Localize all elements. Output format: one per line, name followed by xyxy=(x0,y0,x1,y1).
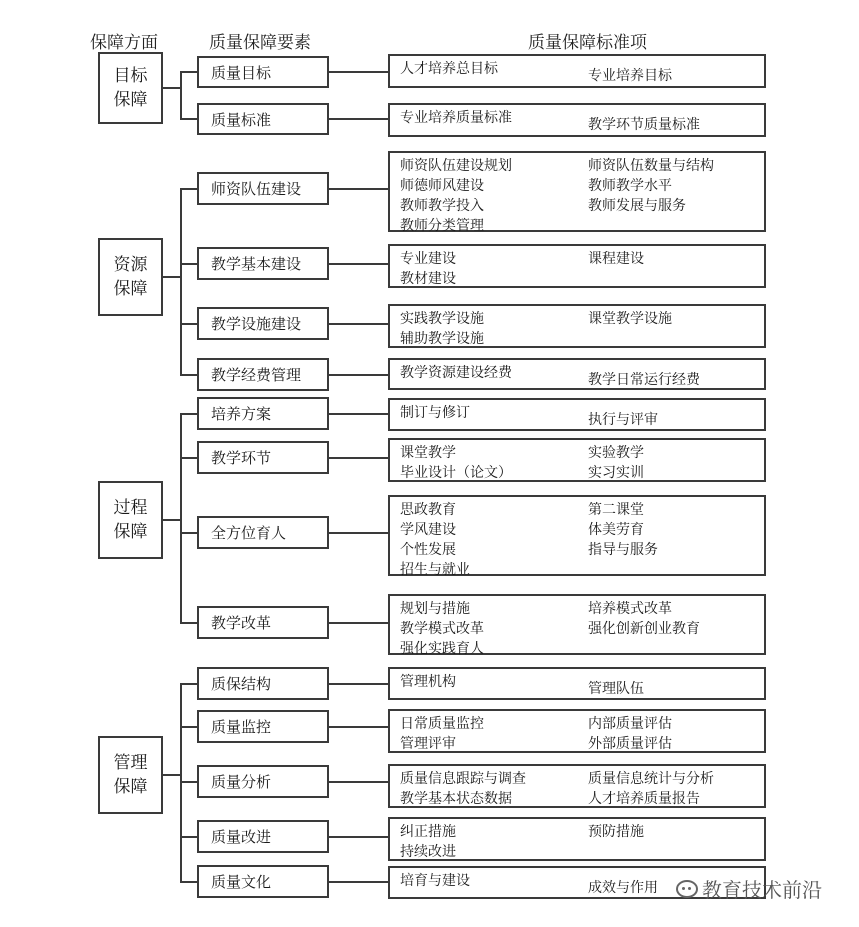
connector-line xyxy=(181,781,197,783)
connector-line xyxy=(329,374,388,376)
connector-line xyxy=(329,683,388,685)
connector-line xyxy=(329,71,388,73)
connector-line xyxy=(181,622,197,624)
connector-line xyxy=(329,622,388,624)
standard-left-column: 实践教学设施辅助教学设施 xyxy=(400,309,484,349)
standard-left-column: 规划与措施教学模式改革强化实践育人 xyxy=(400,599,484,659)
connector-line xyxy=(181,413,197,415)
standard-item: 管理机构 xyxy=(400,672,456,692)
standard-item: 专业培养目标 xyxy=(588,66,672,86)
header-standard: 质量保障标准项 xyxy=(528,28,647,53)
connector-line xyxy=(329,726,388,728)
standard-item: 教材建设 xyxy=(400,269,456,289)
connector-line xyxy=(163,774,181,776)
standard-item: 招生与就业 xyxy=(400,560,470,580)
standard-box: 纠正措施持续改进预防措施 xyxy=(388,817,766,861)
standard-right-column: 课堂教学设施 xyxy=(588,309,672,329)
standard-item: 人才培养总目标 xyxy=(400,59,498,79)
standard-item: 辅助教学设施 xyxy=(400,329,484,349)
connector-line xyxy=(181,836,197,838)
standard-item: 实践教学设施 xyxy=(400,309,484,329)
connector-line xyxy=(181,532,197,534)
connector-line xyxy=(181,263,197,265)
connector-line xyxy=(181,323,197,325)
standard-item: 指导与服务 xyxy=(588,540,658,560)
standard-item: 教学日常运行经费 xyxy=(588,370,700,390)
standard-item: 师德师风建设 xyxy=(400,176,512,196)
standard-left-column: 师资队伍建设规划师德师风建设教师教学投入教师分类管理 xyxy=(400,156,512,236)
standard-right-column: 师资队伍数量与结构教师教学水平教师发展与服务 xyxy=(588,156,714,216)
connector-line xyxy=(181,683,197,685)
standard-item: 预防措施 xyxy=(588,822,644,842)
connector-line xyxy=(181,374,197,376)
element-box: 培养方案 xyxy=(197,397,329,430)
element-box: 教学基本建设 xyxy=(197,247,329,280)
standard-item: 管理队伍 xyxy=(588,679,644,699)
aspect-box: 目标 保障 xyxy=(98,52,163,124)
element-box: 质量监控 xyxy=(197,710,329,743)
standard-box: 师资队伍建设规划师德师风建设教师教学投入教师分类管理师资队伍数量与结构教师教学水… xyxy=(388,151,766,232)
trunk-line xyxy=(180,71,182,120)
connector-line xyxy=(163,276,181,278)
connector-line xyxy=(329,532,388,534)
connector-line xyxy=(329,263,388,265)
standard-item: 管理评审 xyxy=(400,734,484,754)
connector-line xyxy=(181,726,197,728)
standard-item: 教学模式改革 xyxy=(400,619,484,639)
connector-line xyxy=(163,519,181,521)
aspect-box: 管理 保障 xyxy=(98,736,163,814)
element-box: 质量标准 xyxy=(197,103,329,135)
connector-line xyxy=(329,781,388,783)
standard-box: 规划与措施教学模式改革强化实践育人培养模式改革强化创新创业教育 xyxy=(388,594,766,655)
standard-item: 培育与建设 xyxy=(400,871,470,891)
standard-box: 管理机构管理队伍 xyxy=(388,667,766,700)
standard-item: 教师教学水平 xyxy=(588,176,714,196)
header-aspect: 保障方面 xyxy=(90,28,158,53)
connector-line xyxy=(329,836,388,838)
standard-item: 强化实践育人 xyxy=(400,639,484,659)
standard-item: 教师教学投入 xyxy=(400,196,512,216)
standard-item: 教学资源建设经费 xyxy=(400,363,512,383)
standard-left-column: 管理机构 xyxy=(400,672,456,692)
element-box: 质量改进 xyxy=(197,820,329,853)
standard-item: 课堂教学 xyxy=(400,443,512,463)
element-box: 教学经费管理 xyxy=(197,358,329,391)
connector-line xyxy=(163,87,181,89)
standard-item: 师资队伍建设规划 xyxy=(400,156,512,176)
connector-line xyxy=(329,881,388,883)
element-box: 教学环节 xyxy=(197,441,329,474)
standard-box: 质量信息跟踪与调查教学基本状态数据质量信息统计与分析人才培养质量报告 xyxy=(388,764,766,808)
standard-left-column: 专业培养质量标准 xyxy=(400,108,512,128)
standard-right-column: 成效与作用 xyxy=(588,878,658,898)
standard-left-column: 教学资源建设经费 xyxy=(400,363,512,383)
standard-item: 教学基本状态数据 xyxy=(400,789,526,809)
trunk-line xyxy=(180,413,182,624)
element-box: 教学设施建设 xyxy=(197,307,329,340)
standard-item: 强化创新创业教育 xyxy=(588,619,700,639)
standard-item: 质量信息跟踪与调查 xyxy=(400,769,526,789)
connector-line xyxy=(181,881,197,883)
standard-left-column: 制订与修订 xyxy=(400,403,470,423)
standard-right-column: 质量信息统计与分析人才培养质量报告 xyxy=(588,769,714,809)
standard-right-column: 预防措施 xyxy=(588,822,644,842)
standard-right-column: 内部质量评估外部质量评估 xyxy=(588,714,672,754)
standard-item: 质量信息统计与分析 xyxy=(588,769,714,789)
connector-line xyxy=(181,457,197,459)
standard-item: 实验教学 xyxy=(588,443,644,463)
standard-item: 教师分类管理 xyxy=(400,216,512,236)
standard-item: 内部质量评估 xyxy=(588,714,672,734)
standard-item: 学风建设 xyxy=(400,520,470,540)
standard-item: 专业建设 xyxy=(400,249,456,269)
connector-line xyxy=(329,188,388,190)
standard-item: 教学环节质量标准 xyxy=(588,115,700,135)
standard-item: 第二课堂 xyxy=(588,500,658,520)
aspect-box: 过程 保障 xyxy=(98,481,163,559)
standard-left-column: 课堂教学毕业设计（论文） xyxy=(400,443,512,483)
standard-left-column: 培育与建设 xyxy=(400,871,470,891)
element-box: 师资队伍建设 xyxy=(197,172,329,205)
standard-item: 执行与评审 xyxy=(588,410,658,430)
standard-box: 思政教育学风建设个性发展招生与就业第二课堂体美劳育指导与服务 xyxy=(388,495,766,576)
standard-item: 成效与作用 xyxy=(588,878,658,898)
standard-right-column: 专业培养目标 xyxy=(588,66,672,86)
standard-box: 专业建设教材建设课程建设 xyxy=(388,244,766,288)
standard-right-column: 教学日常运行经费 xyxy=(588,370,700,390)
connector-line xyxy=(329,323,388,325)
standard-item: 日常质量监控 xyxy=(400,714,484,734)
connector-line xyxy=(329,118,388,120)
connector-line xyxy=(181,188,197,190)
watermark: 教育技术前沿 xyxy=(676,874,822,903)
standard-left-column: 思政教育学风建设个性发展招生与就业 xyxy=(400,500,470,580)
connector-line xyxy=(329,457,388,459)
trunk-line xyxy=(180,188,182,376)
standard-item: 培养模式改革 xyxy=(588,599,700,619)
element-box: 质量文化 xyxy=(197,865,329,898)
standard-item: 师资队伍数量与结构 xyxy=(588,156,714,176)
element-box: 教学改革 xyxy=(197,606,329,639)
wechat-icon xyxy=(676,880,698,898)
standard-box: 人才培养总目标专业培养目标 xyxy=(388,54,766,88)
standard-right-column: 实验教学实习实训 xyxy=(588,443,644,483)
standard-right-column: 培养模式改革强化创新创业教育 xyxy=(588,599,700,639)
standard-item: 个性发展 xyxy=(400,540,470,560)
connector-line xyxy=(181,118,197,120)
element-box: 质量目标 xyxy=(197,56,329,88)
standard-item: 思政教育 xyxy=(400,500,470,520)
standard-right-column: 课程建设 xyxy=(588,249,644,269)
standard-box: 日常质量监控管理评审内部质量评估外部质量评估 xyxy=(388,709,766,753)
standard-item: 专业培养质量标准 xyxy=(400,108,512,128)
standard-left-column: 纠正措施持续改进 xyxy=(400,822,456,862)
header-element: 质量保障要素 xyxy=(209,28,311,53)
standard-left-column: 质量信息跟踪与调查教学基本状态数据 xyxy=(400,769,526,809)
connector-line xyxy=(181,71,197,73)
standard-item: 体美劳育 xyxy=(588,520,658,540)
standard-item: 实习实训 xyxy=(588,463,644,483)
standard-item: 人才培养质量报告 xyxy=(588,789,714,809)
trunk-line xyxy=(180,683,182,883)
standard-item: 纠正措施 xyxy=(400,822,456,842)
standard-item: 外部质量评估 xyxy=(588,734,672,754)
element-box: 质保结构 xyxy=(197,667,329,700)
standard-left-column: 人才培养总目标 xyxy=(400,59,498,79)
standard-box: 实践教学设施辅助教学设施课堂教学设施 xyxy=(388,304,766,348)
aspect-box: 资源 保障 xyxy=(98,238,163,316)
standard-item: 制订与修订 xyxy=(400,403,470,423)
standard-right-column: 教学环节质量标准 xyxy=(588,115,700,135)
standard-right-column: 第二课堂体美劳育指导与服务 xyxy=(588,500,658,560)
standard-item: 持续改进 xyxy=(400,842,456,862)
standard-right-column: 执行与评审 xyxy=(588,410,658,430)
element-box: 质量分析 xyxy=(197,765,329,798)
standard-box: 教学资源建设经费教学日常运行经费 xyxy=(388,358,766,390)
standard-item: 规划与措施 xyxy=(400,599,484,619)
watermark-text: 教育技术前沿 xyxy=(702,874,822,903)
standard-left-column: 专业建设教材建设 xyxy=(400,249,456,289)
standard-item: 教师发展与服务 xyxy=(588,196,714,216)
element-box: 全方位育人 xyxy=(197,516,329,549)
standard-item: 课堂教学设施 xyxy=(588,309,672,329)
standard-item: 课程建设 xyxy=(588,249,644,269)
standard-item: 毕业设计（论文） xyxy=(400,463,512,483)
standard-left-column: 日常质量监控管理评审 xyxy=(400,714,484,754)
connector-line xyxy=(329,413,388,415)
standard-box: 专业培养质量标准教学环节质量标准 xyxy=(388,103,766,137)
standard-box: 制订与修订执行与评审 xyxy=(388,398,766,431)
standard-box: 课堂教学毕业设计（论文）实验教学实习实训 xyxy=(388,438,766,482)
standard-right-column: 管理队伍 xyxy=(588,679,644,699)
